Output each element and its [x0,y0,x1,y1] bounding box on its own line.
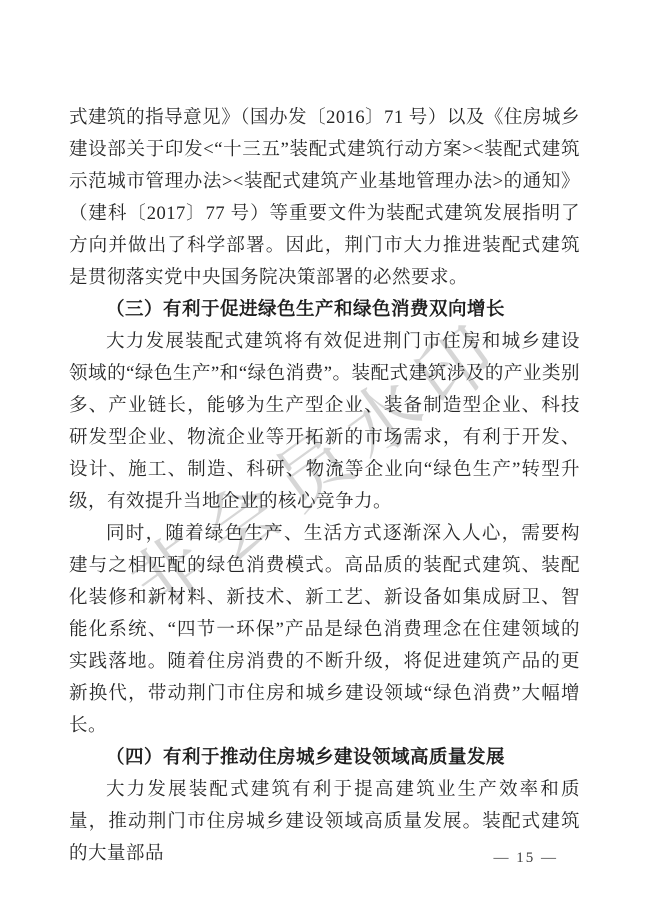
page-content: 式建筑的指导意见》（国办发〔2016〕71 号）以及《住房城乡建设部关于印发<“… [69,102,580,870]
document-page: 非会员水印 式建筑的指导意见》（国办发〔2016〕71 号）以及《住房城乡建设部… [0,0,650,919]
heading-section-3: （三）有利于促进绿色生产和绿色消费双向增长 [69,294,580,326]
page-number: — 15 — [494,850,559,867]
paragraph-green-consumption: 同时，随着绿色生产、生活方式逐渐深入人心，需要构建与之相匹配的绿色消费模式。高品… [69,518,580,742]
paragraph-green-production: 大力发展装配式建筑将有效促进荆门市住房和城乡建设领域的“绿色生产”和“绿色消费”… [69,326,580,518]
heading-section-4: （四）有利于推动住房城乡建设领域高质量发展 [69,742,580,774]
paragraph-policy-documents: 式建筑的指导意见》（国办发〔2016〕71 号）以及《住房城乡建设部关于印发<“… [69,102,580,294]
